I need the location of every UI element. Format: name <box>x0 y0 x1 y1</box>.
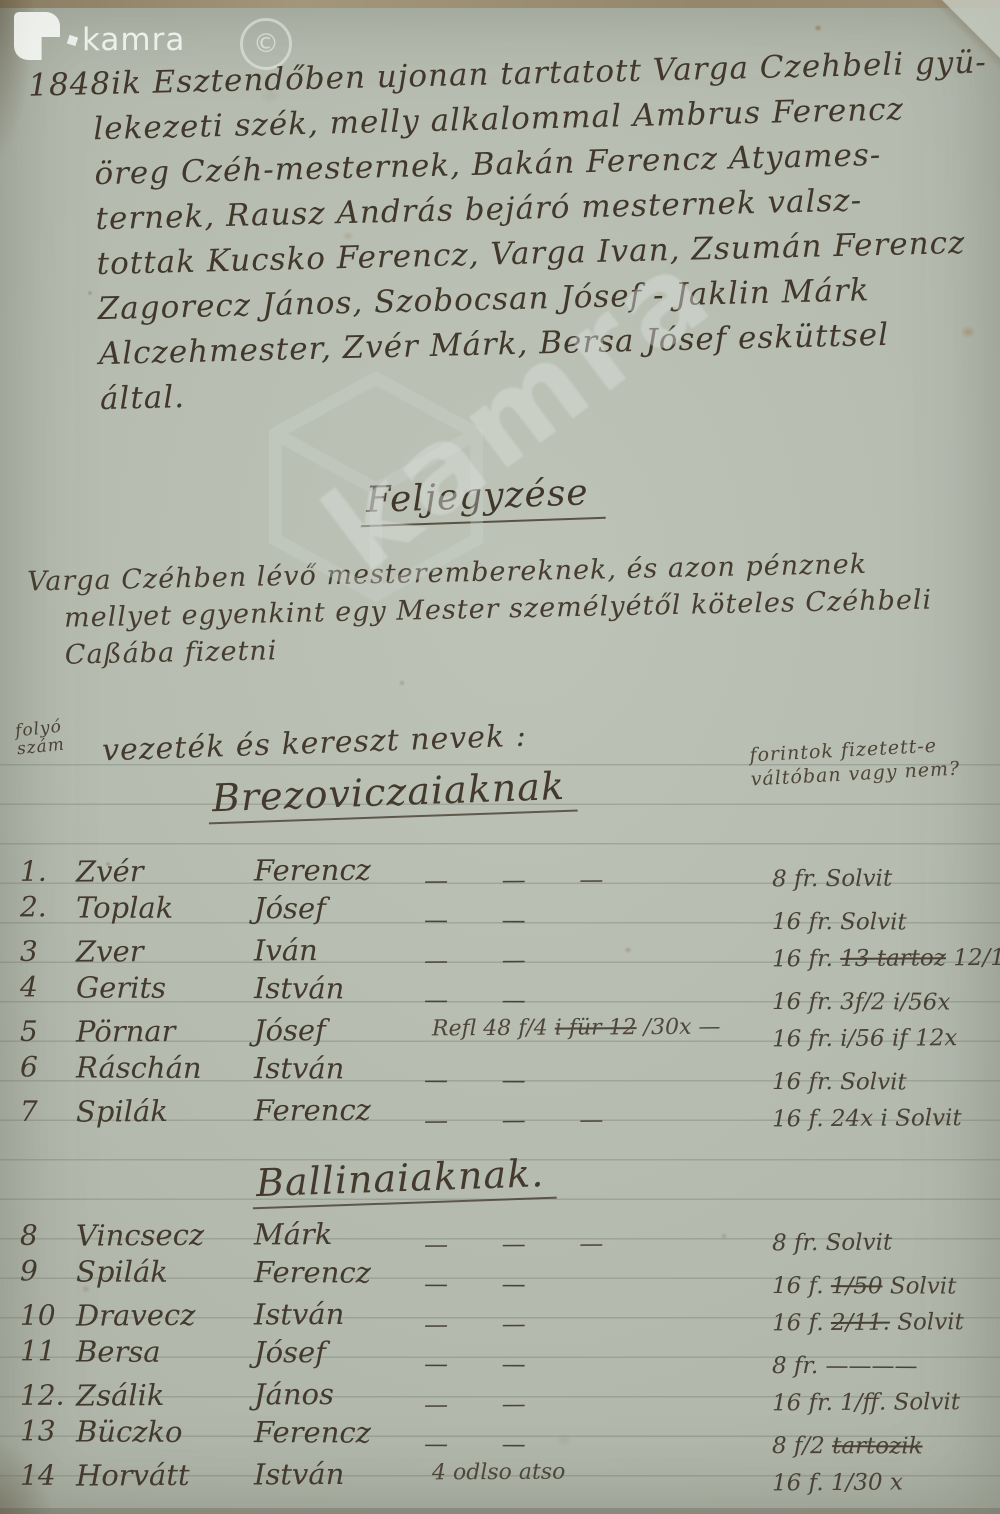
given-name: István <box>254 1051 344 1085</box>
amount: 16 fr. i/56 if 12x <box>772 1025 998 1052</box>
table-row: 2. Toplak Jósef — — 16 fr. Solvit <box>0 890 1000 933</box>
amount-text: 16 fr. 1/ff. Solvit <box>772 1389 960 1416</box>
surname: Zver <box>76 934 144 968</box>
row-number: 7 <box>20 1095 70 1128</box>
table-section-2: 8 Vincsecz Márk — — — 8 fr. Solvit 9 Spi… <box>0 1216 1000 1496</box>
given-name: János <box>254 1377 334 1411</box>
given-name: István <box>254 1457 345 1492</box>
amount: 16 f. 2/11. Solvit <box>772 1309 998 1336</box>
surname: Zvér <box>76 854 144 888</box>
surname: Vincsecz <box>76 1218 204 1253</box>
archive-logo-text: kamra <box>82 22 185 58</box>
note-struck: i für 12 <box>555 1015 637 1040</box>
amount: 16 fr. 1/ff. Solvit <box>772 1389 998 1416</box>
table-row: 10 Dravecz István — — 16 f. 2/11. Solvit <box>0 1293 1000 1339</box>
table-row: 4 Gerits István — — 16 fr. 3f/2 i/56x <box>0 970 1000 1013</box>
row-number: 8 <box>20 1219 70 1252</box>
amount-text2: Solvit <box>897 1309 964 1335</box>
surname: Pörnar <box>76 1014 176 1049</box>
row-number: 4 <box>20 970 70 1003</box>
note-text: Refl 48 f/4 <box>432 1016 548 1042</box>
given-name: Ferencz <box>254 853 371 888</box>
given-name: Ferencz <box>254 1093 371 1128</box>
amount: 16 f. 24x i Solvit <box>772 1105 998 1132</box>
amount: 8 fr. Solvit <box>772 1229 998 1256</box>
table-section-1: 1. Zvér Ferencz — — — 8 fr. Solvit 2. To… <box>0 852 1000 1132</box>
surname: Toplak <box>76 891 173 925</box>
dash-line: — — — <box>424 1104 754 1134</box>
note-text: 4 odlso atso <box>432 1460 566 1486</box>
dash-line: — — — <box>424 1228 754 1258</box>
surname: Spilák <box>76 1255 168 1289</box>
amount: 16 f. 1/30 x <box>772 1469 998 1496</box>
archive-logo-icon <box>14 12 60 60</box>
amount-text: 8 fr. Solvit <box>772 1230 892 1257</box>
table-row: 3 Zver Iván — — 16 fr. 13 tartoz 12/12 k… <box>0 929 1000 975</box>
table-row: 9 Spilák Ferencz — — 16 f. 1/50 Solvit <box>0 1254 1000 1297</box>
amount-text: 16 f. 1/30 x <box>772 1470 903 1497</box>
table-row: 13 Büczko Ferencz — — 8 f/2 tartozik <box>0 1414 1000 1457</box>
margin-note: Refl 48 f/4 i für 12 /30x — <box>432 1014 767 1041</box>
copyright-watermark-icon: © <box>240 18 292 70</box>
surname: Büczko <box>76 1415 183 1449</box>
manuscript-page: 1848ik Esztendőben ujonan tartatott Varg… <box>0 0 1000 1514</box>
page-corner-bottom-left <box>0 1440 54 1514</box>
dash-line: — — <box>424 1308 754 1338</box>
table-row: 14 Horvátt István 4 odlso atso 16 f. 1/3… <box>0 1453 1000 1499</box>
surname: Horvátt <box>76 1458 190 1493</box>
table-row: 1. Zvér Ferencz — — — 8 fr. Solvit <box>0 849 1000 895</box>
table-row: 7 Spilák Ferencz — — — 16 f. 24x i Solvi… <box>0 1089 1000 1135</box>
amount: 16 fr. 13 tartoz 12/12 kf <box>772 945 998 972</box>
page-fold-top-right <box>908 0 1000 84</box>
row-number: 6 <box>20 1050 70 1083</box>
given-name: Ferencz <box>254 1415 371 1449</box>
amount-text: 8 fr. Solvit <box>772 866 892 893</box>
surname: Zsálik <box>76 1378 165 1413</box>
amount-text: 16 f. <box>772 1310 824 1336</box>
amount: 8 fr. Solvit <box>772 865 998 892</box>
surname: Ráschán <box>76 1051 202 1085</box>
given-name: Márk <box>254 1217 333 1251</box>
given-name: István <box>254 1297 345 1332</box>
dash-line: — — <box>424 1388 754 1418</box>
surname: Bersa <box>76 1335 161 1369</box>
surname: Spilák <box>76 1094 168 1129</box>
given-name: Jósef <box>254 891 326 925</box>
row-number: 10 <box>20 1299 70 1332</box>
row-number: 11 <box>20 1334 70 1367</box>
row-number: 9 <box>20 1254 70 1287</box>
row-number: 2. <box>20 890 70 923</box>
given-name: István <box>254 971 344 1005</box>
given-name: Jósef <box>254 1335 326 1369</box>
dash-line: — — <box>424 944 754 974</box>
dash-line: — — — <box>424 864 754 894</box>
given-name: Iván <box>254 933 318 967</box>
amount-text: 16 f. 24x i Solvit <box>772 1105 962 1132</box>
archive-logo: kamra <box>10 6 230 68</box>
amount-struck: 2/11. <box>831 1310 890 1336</box>
surname: Gerits <box>76 971 166 1005</box>
column-header-number: folyó szám <box>14 718 65 759</box>
amount-text: 16 fr. i/56 if 12x <box>772 1025 957 1052</box>
row-number: 12. <box>20 1379 70 1412</box>
row-number: 3 <box>20 935 70 968</box>
table-row: 6 Ráschán István — — 16 fr. Solvit <box>0 1050 1000 1093</box>
given-name: Jósef <box>254 1013 326 1047</box>
amount-struck: 13 tartoz <box>840 945 946 972</box>
margin-note: 4 odlso atso <box>432 1458 767 1485</box>
row-number: 5 <box>20 1015 70 1048</box>
scan-edge-bottom <box>0 1508 1000 1514</box>
surname: Dravecz <box>76 1298 196 1333</box>
table-row: 12. Zsálik János — — 16 fr. 1/ff. Solvit <box>0 1373 1000 1419</box>
given-name: Ferencz <box>254 1255 371 1289</box>
table-row: 11 Bersa Jósef — — 8 fr. ———— <box>0 1334 1000 1377</box>
amount-text: 16 fr. <box>772 946 833 972</box>
table-row: 8 Vincsecz Márk — — — 8 fr. Solvit <box>0 1213 1000 1259</box>
column-header-number-line2: szám <box>16 735 66 758</box>
table-row: 5 Pörnar Jósef Refl 48 f/4 i für 12 /30x… <box>0 1009 1000 1055</box>
row-number: 1. <box>20 855 70 888</box>
amount-text2: 12/12 kf <box>953 945 1000 972</box>
note-text2: /30x — <box>644 1015 721 1040</box>
archive-logo-mark-icon <box>67 35 78 46</box>
